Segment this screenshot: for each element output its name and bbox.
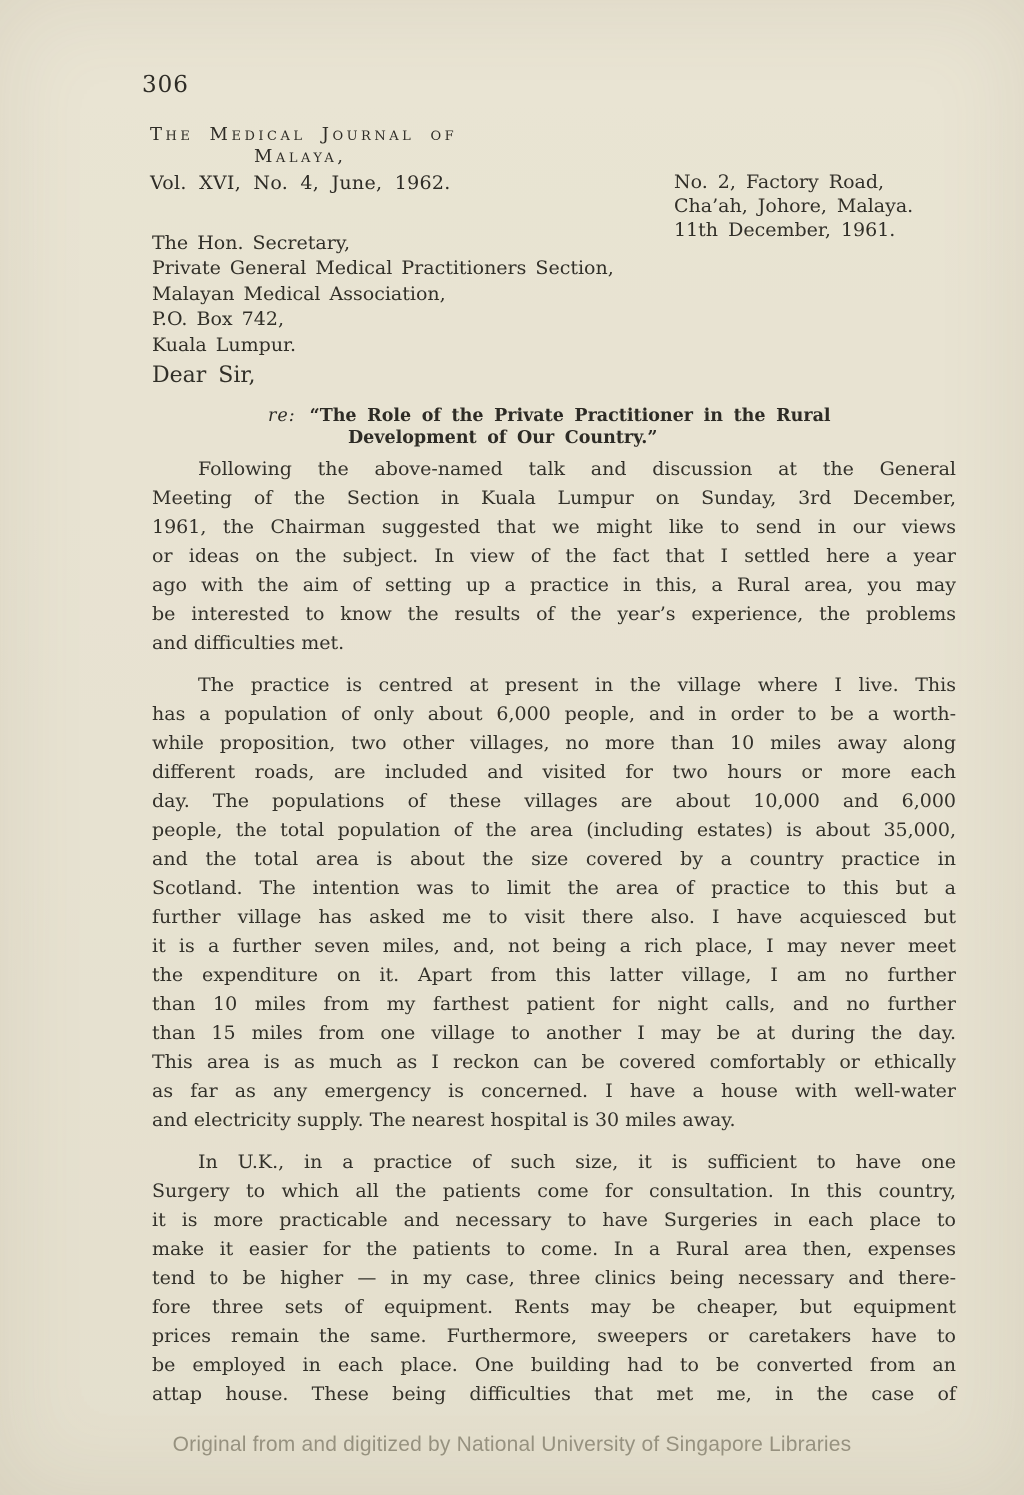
journal-title-line1: The Medical Journal of <box>150 124 457 145</box>
paragraph-line: The practice is centred at present in th… <box>152 671 956 700</box>
scanned-letter-page: 306 The Medical Journal of Malaya, Vol. … <box>0 0 1024 1495</box>
paragraph-line: or ideas on the subject. In view of the … <box>152 542 956 571</box>
subject-block: re:“The Role of the Private Practitioner… <box>268 406 831 449</box>
paragraph-line: it is more practicable and necessary to … <box>152 1206 956 1235</box>
paragraph-line: Surgery to which all the patients come f… <box>152 1177 956 1206</box>
paragraph-line: Following the above-named talk and discu… <box>152 455 956 484</box>
paragraph-line: than 10 miles from my farthest patient f… <box>152 990 956 1019</box>
footer-credit: Original from and digitized by National … <box>0 1433 1024 1457</box>
paragraph-line: has a population of only about 6,000 peo… <box>152 700 956 729</box>
letter-paragraph: In U.K., in a practice of such size, it … <box>152 1148 956 1409</box>
recipient-address: The Hon. Secretary,Private General Medic… <box>152 231 614 358</box>
paragraph-line: ago with the aim of setting up a practic… <box>152 571 956 600</box>
paragraph-line: This area is as much as I reckon can be … <box>152 1048 956 1077</box>
paragraph-line: tend to be higher — in my case, three cl… <box>152 1264 956 1293</box>
recipient-address-line: Malayan Medical Association, <box>152 282 614 307</box>
letter-paragraph: Following the above-named talk and discu… <box>152 455 956 658</box>
paragraph-line: day. The populations of these villages a… <box>152 787 956 816</box>
letter-body: Following the above-named talk and discu… <box>152 455 956 1409</box>
sender-address-line: 11th December, 1961. <box>674 218 913 242</box>
paragraph-line: different roads, are included and visite… <box>152 758 956 787</box>
paragraph-line: be interested to know the results of the… <box>152 600 956 629</box>
paragraph-line: fore three sets of equipment. Rents may … <box>152 1293 956 1322</box>
journal-header: The Medical Journal of Malaya, Vol. XVI,… <box>150 124 457 194</box>
paragraph-line: make it easier for the patients to come.… <box>152 1235 956 1264</box>
paragraph-line: the expenditure on it. Apart from this l… <box>152 961 956 990</box>
paragraph-line: prices remain the same. Furthermore, swe… <box>152 1322 956 1351</box>
paragraph-line: further village has asked me to visit th… <box>152 903 956 932</box>
salutation: Dear Sir, <box>152 363 255 388</box>
paragraph-line: be employed in each place. One building … <box>152 1351 956 1380</box>
paragraph-line: In U.K., in a practice of such size, it … <box>152 1148 956 1177</box>
paragraph-line: and the total area is about the size cov… <box>152 845 956 874</box>
paragraph-line: and difficulties met. <box>152 629 956 658</box>
page-number: 306 <box>142 72 189 98</box>
subject-row: re:“The Role of the Private Practitioner… <box>268 406 831 428</box>
subject-prefix: re: <box>268 406 296 426</box>
paragraph-line: as far as any emergency is concerned. I … <box>152 1077 956 1106</box>
sender-address: No. 2, Factory Road,Cha’ah, Johore, Mala… <box>674 170 913 242</box>
sender-address-line: Cha’ah, Johore, Malaya. <box>674 194 913 218</box>
paragraph-line: while proposition, two other villages, n… <box>152 729 956 758</box>
recipient-address-line: P.O. Box 742, <box>152 307 614 332</box>
journal-volume-line: Vol. XVI, No. 4, June, 1962. <box>150 172 457 194</box>
paragraph-line: than 15 miles from one village to anothe… <box>152 1019 956 1048</box>
paragraph-line: 1961, the Chairman suggested that we mig… <box>152 513 956 542</box>
subject-title-line1: “The Role of the Private Practitioner in… <box>310 406 831 426</box>
sender-address-line: No. 2, Factory Road, <box>674 170 913 194</box>
paragraph-line: and electricity supply. The nearest hosp… <box>152 1106 956 1135</box>
paragraph-line: it is a further seven miles, and, not be… <box>152 932 956 961</box>
paragraph-line: attap house. These being difficulties th… <box>152 1380 956 1409</box>
recipient-address-line: Kuala Lumpur. <box>152 333 614 358</box>
paragraph-line: Scotland. The intention was to limit the… <box>152 874 956 903</box>
paragraph-line: people, the total population of the area… <box>152 816 956 845</box>
subject-title-line2: Development of Our Country.” <box>348 428 831 450</box>
letter-paragraph: The practice is centred at present in th… <box>152 671 956 1135</box>
journal-title-line2: Malaya, <box>254 146 457 167</box>
recipient-address-line: The Hon. Secretary, <box>152 231 614 256</box>
recipient-address-line: Private General Medical Practitioners Se… <box>152 256 614 281</box>
paragraph-line: Meeting of the Section in Kuala Lumpur o… <box>152 484 956 513</box>
